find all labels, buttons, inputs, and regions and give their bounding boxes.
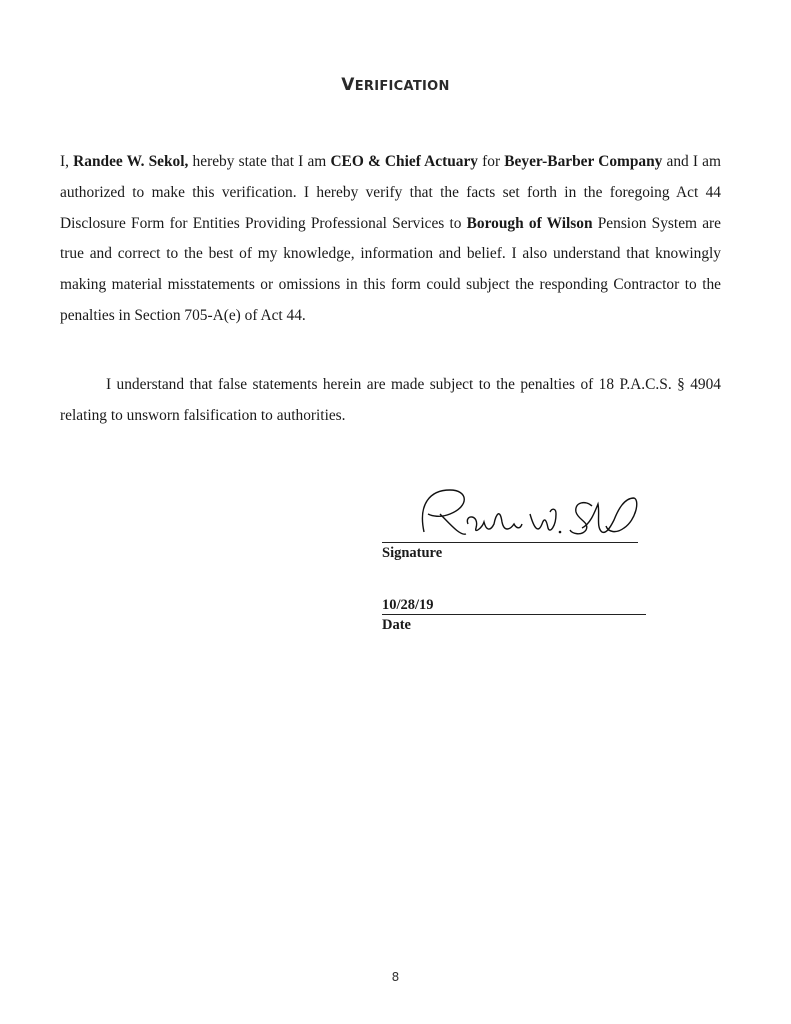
text: for: [478, 153, 504, 170]
text: hereby state that I am: [188, 153, 330, 170]
handwritten-signature: [410, 484, 640, 548]
company-name: Beyer-Barber Company: [504, 153, 662, 170]
page-number: 8: [0, 970, 791, 984]
signer-role: CEO & Chief Actuary: [330, 153, 478, 170]
verification-paragraph: I, Randee W. Sekol, hereby state that I …: [60, 147, 721, 332]
date-value: 10/28/19: [382, 597, 434, 614]
date-label: Date: [382, 617, 411, 634]
title-initial: V: [341, 75, 354, 95]
entity-name: Borough of Wilson: [467, 215, 593, 232]
title-rest: erification: [355, 79, 450, 94]
document-title: Verification: [0, 75, 791, 95]
date-line: [382, 614, 646, 615]
signer-name: Randee W. Sekol,: [73, 153, 188, 170]
signature-label: Signature: [382, 545, 442, 562]
penalty-paragraph: I understand that false statements herei…: [60, 370, 721, 432]
text: I,: [60, 153, 73, 170]
signature-line: [382, 542, 638, 543]
